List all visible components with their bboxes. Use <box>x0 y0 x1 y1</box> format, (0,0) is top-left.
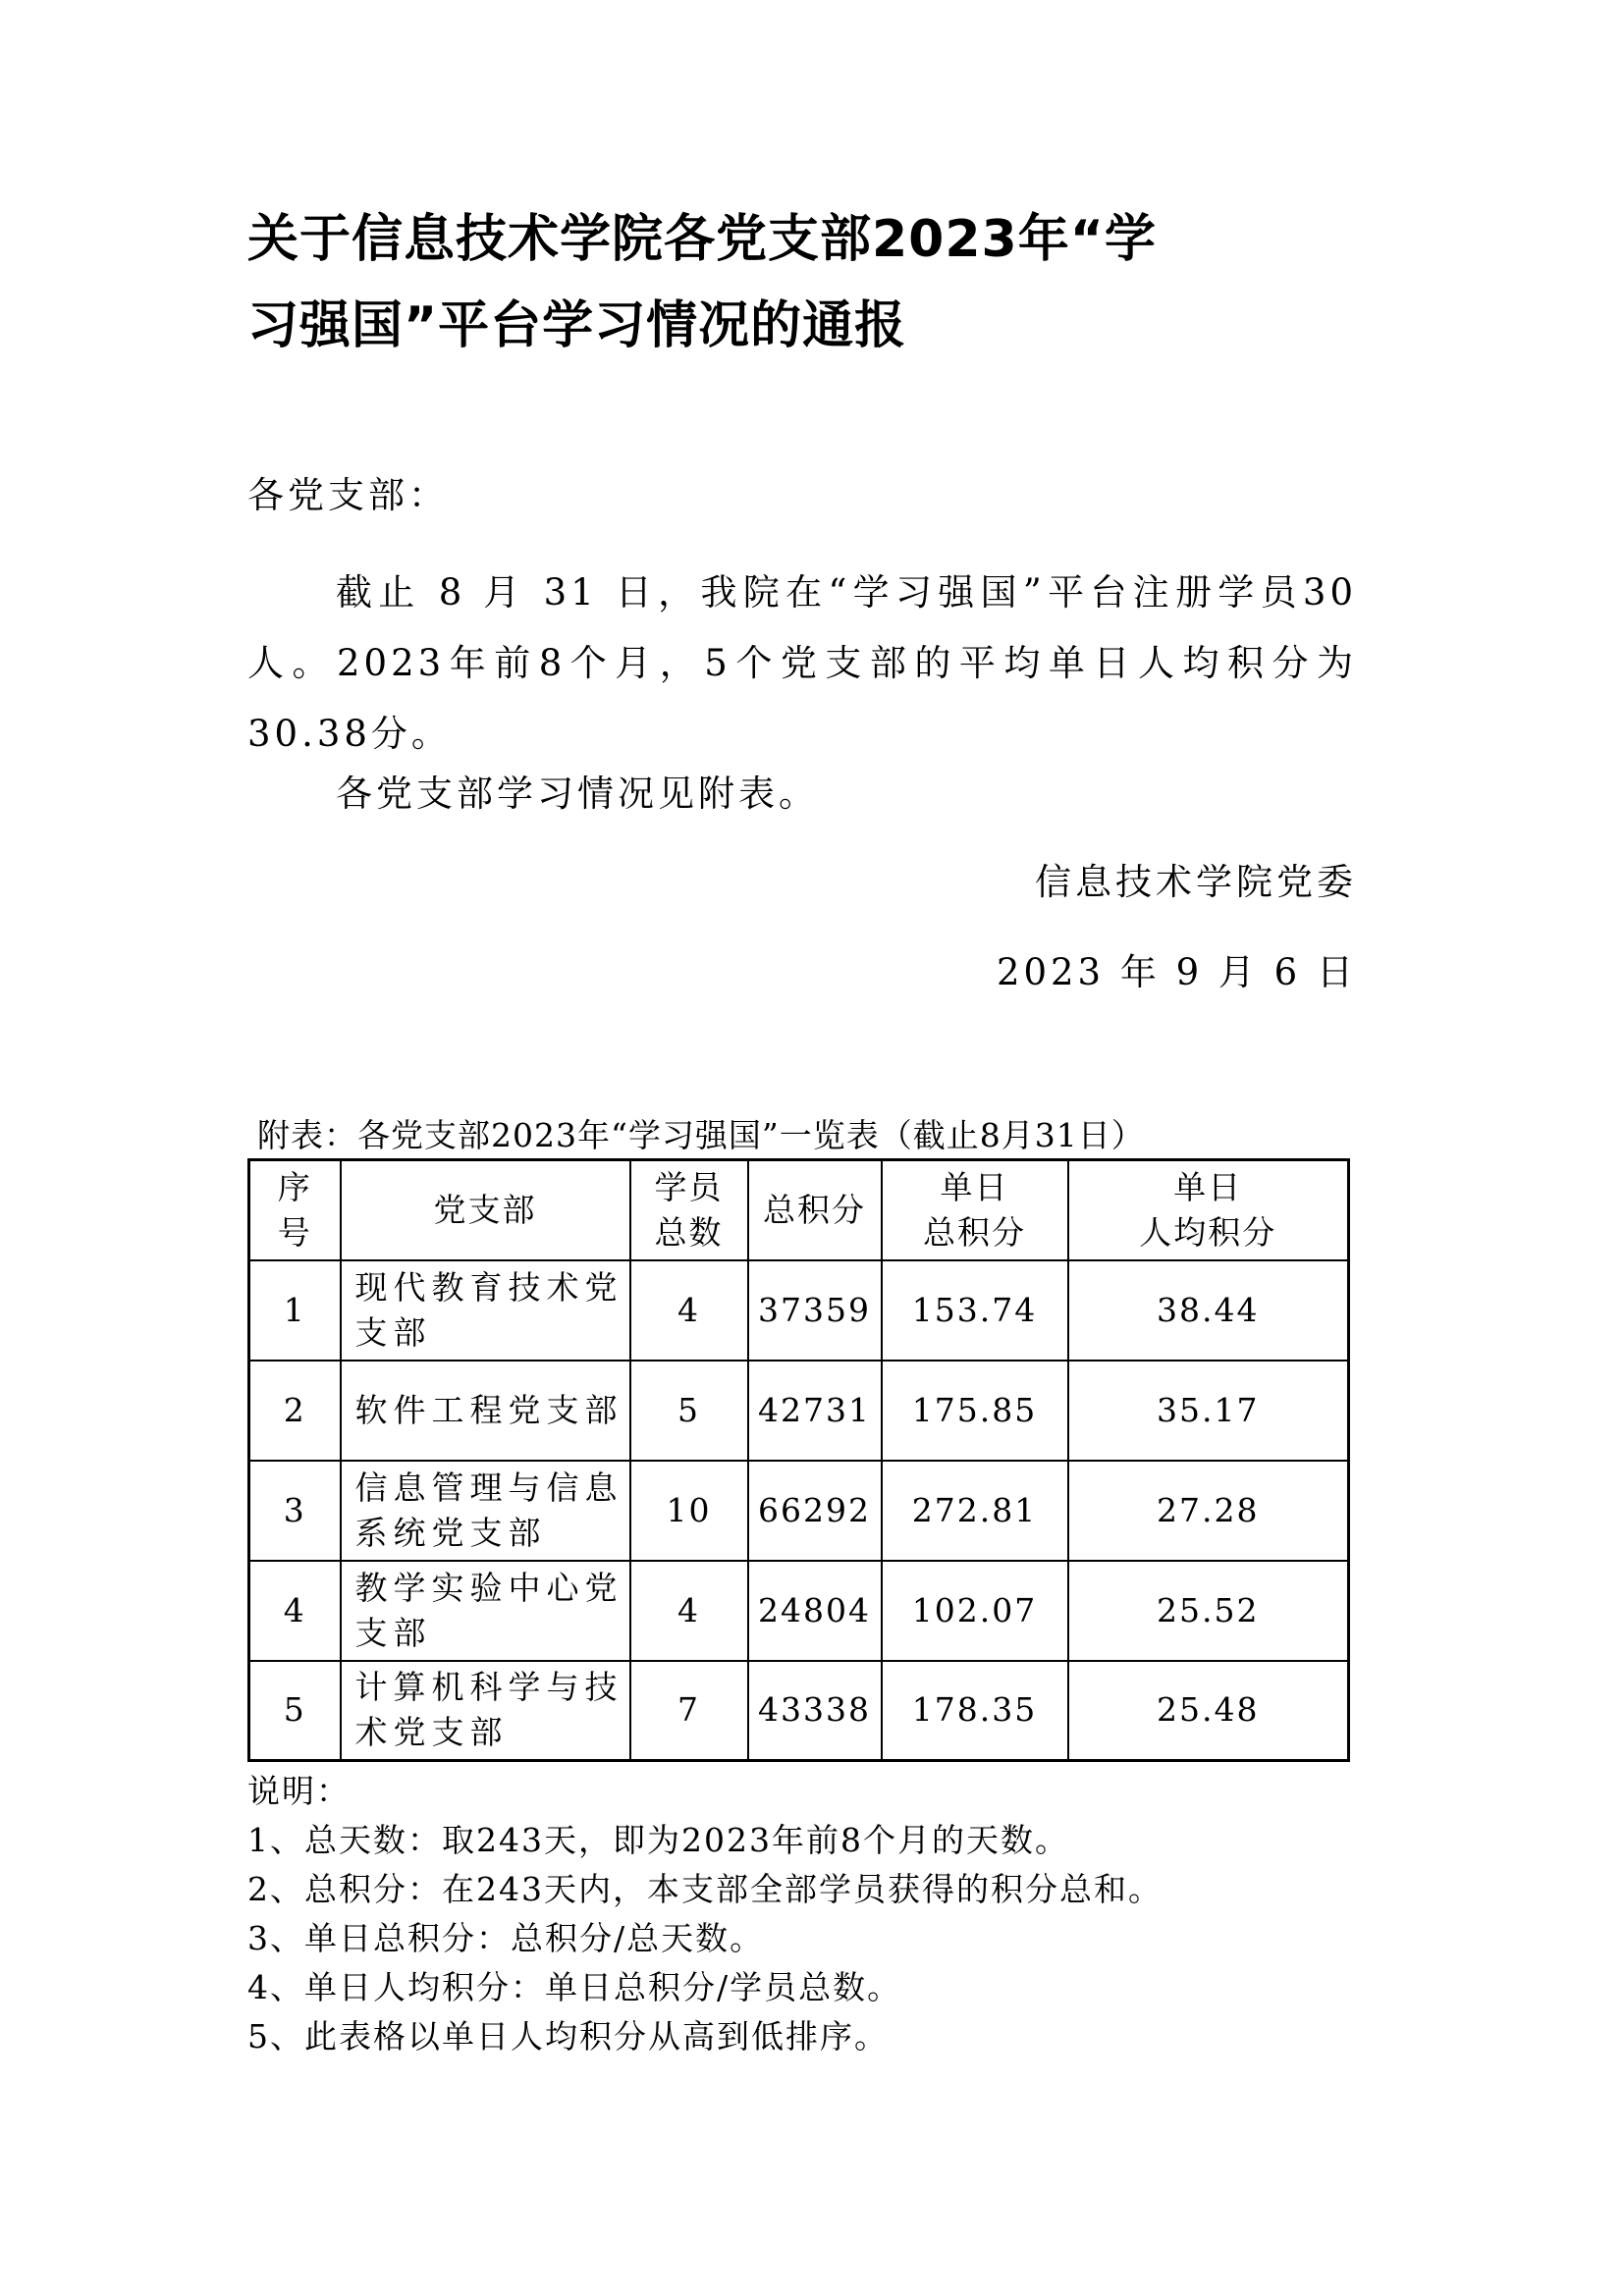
title-line-1: 关于信息技术学院各党支部2023年“学 <box>247 196 1357 283</box>
note-item: 2、总积分：在243天内，本支部全部学员获得的积分总和。 <box>247 1865 1163 1914</box>
cell-branch: 现代教育技术党支部 <box>341 1260 630 1361</box>
table-row: 1 现代教育技术党支部 4 37359 153.74 38.44 <box>249 1260 1349 1361</box>
cell-members: 10 <box>630 1461 748 1561</box>
cell-total-points: 42731 <box>748 1361 882 1461</box>
cell-total-points: 24804 <box>748 1561 882 1661</box>
note-item: 4、单日人均积分：单日总积分/学员总数。 <box>247 1963 1163 2012</box>
paragraph-reference: 各党支部学习情况见附表。 <box>247 766 1357 823</box>
branch-study-table: 序号 党支部 学员总数 总积分 单日总积分 单日人均积分 1 现代教育技术党支部… <box>247 1158 1350 1762</box>
header-members: 学员总数 <box>630 1160 748 1260</box>
cell-daily-total: 102.07 <box>882 1561 1068 1661</box>
note-item: 3、单日总积分：总积分/总天数。 <box>247 1914 1163 1963</box>
table-row: 5 计算机科学与技术党支部 7 43338 178.35 25.48 <box>249 1661 1349 1761</box>
note-item: 1、总天数：取243天，即为2023年前8个月的天数。 <box>247 1816 1163 1865</box>
table-row: 3 信息管理与信息系统党支部 10 66292 272.81 27.28 <box>249 1461 1349 1561</box>
cell-members: 5 <box>630 1361 748 1461</box>
cell-members: 4 <box>630 1260 748 1361</box>
cell-daily-avg: 25.52 <box>1068 1561 1349 1661</box>
cell-members: 4 <box>630 1561 748 1661</box>
cell-members: 7 <box>630 1661 748 1761</box>
cell-branch: 软件工程党支部 <box>341 1361 630 1461</box>
table-header-row: 序号 党支部 学员总数 总积分 单日总积分 单日人均积分 <box>249 1160 1349 1260</box>
notes-heading: 说明： <box>247 1767 1163 1816</box>
header-daily-avg: 单日人均积分 <box>1068 1160 1349 1260</box>
salutation: 各党支部： <box>247 467 449 524</box>
table-row: 4 教学实验中心党支部 4 24804 102.07 25.52 <box>249 1561 1349 1661</box>
cell-branch: 教学实验中心党支部 <box>341 1561 630 1661</box>
table-caption: 附表：各党支部2023年“学习强国”一览表（截止8月31日） <box>257 1114 1145 1157</box>
cell-index: 1 <box>249 1260 341 1361</box>
cell-daily-total: 175.85 <box>882 1361 1068 1461</box>
cell-daily-total: 178.35 <box>882 1661 1068 1761</box>
title-line-2: 习强国”平台学习情况的通报 <box>247 283 1357 369</box>
cell-daily-total: 272.81 <box>882 1461 1068 1561</box>
cell-daily-avg: 35.17 <box>1068 1361 1349 1461</box>
cell-index: 4 <box>249 1561 341 1661</box>
cell-index: 2 <box>249 1361 341 1461</box>
cell-daily-avg: 38.44 <box>1068 1260 1349 1361</box>
cell-daily-avg: 27.28 <box>1068 1461 1349 1561</box>
header-total-points: 总积分 <box>748 1160 882 1260</box>
header-daily-total: 单日总积分 <box>882 1160 1068 1260</box>
header-branch: 党支部 <box>341 1160 630 1260</box>
signature: 信息技术学院党委 <box>1035 854 1357 911</box>
cell-branch: 计算机科学与技术党支部 <box>341 1661 630 1761</box>
cell-index: 3 <box>249 1461 341 1561</box>
note-item: 5、此表格以单日人均积分从高到低排序。 <box>247 2012 1163 2061</box>
cell-total-points: 43338 <box>748 1661 882 1761</box>
document-date: 2023 年 9 月 6 日 <box>997 944 1357 1001</box>
cell-daily-total: 153.74 <box>882 1260 1068 1361</box>
table-row: 2 软件工程党支部 5 42731 175.85 35.17 <box>249 1361 1349 1461</box>
cell-branch: 信息管理与信息系统党支部 <box>341 1461 630 1561</box>
header-index: 序号 <box>249 1160 341 1260</box>
notes-section: 说明： 1、总天数：取243天，即为2023年前8个月的天数。 2、总积分：在2… <box>247 1767 1163 2061</box>
cell-daily-avg: 25.48 <box>1068 1661 1349 1761</box>
paragraph-summary: 截止 8 月 31 日，我院在“学习强国”平台注册学员30人。2023年前8个月… <box>247 558 1357 770</box>
cell-total-points: 37359 <box>748 1260 882 1361</box>
cell-index: 5 <box>249 1661 341 1761</box>
cell-total-points: 66292 <box>748 1461 882 1561</box>
document-title: 关于信息技术学院各党支部2023年“学 习强国”平台学习情况的通报 <box>247 196 1357 369</box>
